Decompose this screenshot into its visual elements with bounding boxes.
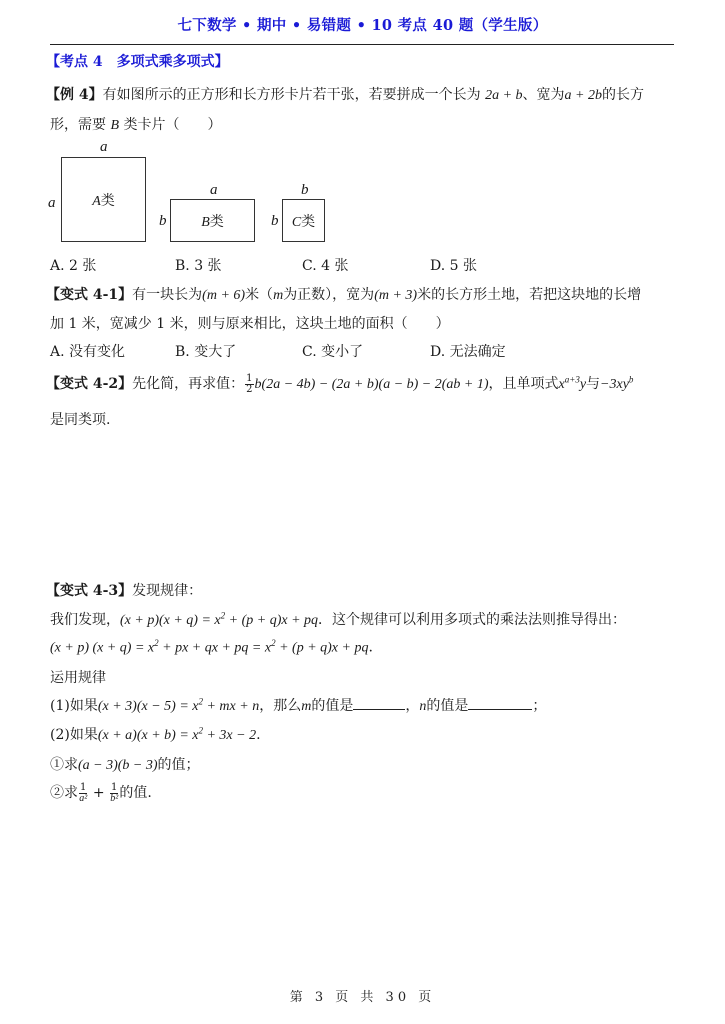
math-var: m bbox=[301, 699, 311, 714]
variant-text: 的值是 bbox=[426, 698, 468, 714]
fraction-denominator: 2 bbox=[245, 385, 253, 395]
variant4-1-options: A. 没有变化 B. 变大了 C. 变小了 D. 无法确定 bbox=[50, 341, 670, 361]
card-label: B bbox=[201, 215, 210, 230]
example4-line2: 形，需要 B 类卡片（ ） bbox=[50, 114, 221, 134]
card-label: A bbox=[92, 194, 101, 209]
variant4-1-tag: 【变式 4-1】 bbox=[46, 287, 132, 303]
math-var: m bbox=[273, 288, 283, 303]
variant-text: . bbox=[256, 727, 260, 743]
variant4-1-line2: 加 1 米，宽减少 1 米，则与原来相比，这块土地的面积（ ） bbox=[50, 313, 450, 333]
option-b[interactable]: B. 3 张 bbox=[175, 255, 222, 275]
option-text: 4 张 bbox=[321, 258, 348, 274]
math-expr: + 3x − 2 bbox=[203, 728, 256, 743]
option-c[interactable]: C. 变小了 bbox=[302, 341, 363, 361]
example4-text: 类卡片（ ） bbox=[119, 117, 221, 133]
math-expr: (m + 6) bbox=[202, 288, 245, 303]
option-b[interactable]: B. 变大了 bbox=[175, 341, 236, 361]
option-letter: A. bbox=[50, 344, 65, 360]
variant4-2-line1: 【变式 4-2】先化简，再求值：12b(2a − 4b) − (2a + b)(… bbox=[46, 373, 633, 395]
math-expr: (x + p) (x + q) = x bbox=[50, 641, 154, 656]
variant-text: 的值是 bbox=[311, 698, 353, 714]
variant4-3-para1: 我们发现，(x + p)(x + q) = x2 + (p + q)x + pq… bbox=[50, 609, 626, 629]
card-label: C bbox=[292, 215, 301, 230]
side-label: a bbox=[210, 182, 218, 199]
variant-text: 与 bbox=[586, 376, 600, 392]
option-letter: B. bbox=[175, 344, 190, 360]
side-label: a bbox=[100, 139, 108, 156]
fraction-denominator: a² bbox=[79, 794, 87, 804]
math-expr: (x + a)(x + b) = x bbox=[98, 728, 199, 743]
math-expr: b(2a − 4b) − (2a + b)(a − b) − 2(ab + 1) bbox=[255, 377, 489, 392]
option-text: 3 张 bbox=[194, 258, 221, 274]
option-text: 变大了 bbox=[194, 344, 236, 360]
page-number-footer: 第 3 页 共 30 页 bbox=[0, 986, 725, 1005]
variant-text: ，且单项式 bbox=[489, 376, 559, 392]
option-letter: A. bbox=[50, 258, 65, 274]
answer-blank-m[interactable] bbox=[353, 697, 405, 710]
math-exponent: b bbox=[629, 374, 634, 384]
variant-text: ； bbox=[532, 698, 546, 714]
option-text: 2 张 bbox=[69, 258, 96, 274]
fraction-1-over-b2: 1b² bbox=[110, 783, 118, 804]
variant-text: . bbox=[368, 640, 372, 656]
card-a: A类 bbox=[61, 157, 146, 242]
option-letter: C. bbox=[302, 258, 317, 274]
option-text: 无法确定 bbox=[450, 344, 506, 360]
variant-text: (1)如果 bbox=[50, 698, 98, 714]
section-heading: 【考点 4 多项式乘多项式】 bbox=[46, 51, 229, 71]
variant4-2-line2: 是同类项. bbox=[50, 409, 110, 429]
variant4-3-tag: 【变式 4-3】 bbox=[46, 583, 132, 599]
sub-question-2: ②求1a² + 1b²的值. bbox=[50, 782, 152, 804]
example4-options: A. 2 张 B. 3 张 C. 4 张 D. 5 张 bbox=[50, 255, 670, 275]
math-var: B bbox=[110, 118, 119, 133]
math-expr: + px + qx + pq = x bbox=[159, 641, 271, 656]
math-length: 2a + b bbox=[485, 88, 522, 103]
example4-text: 形，需要 bbox=[50, 117, 110, 133]
option-a[interactable]: A. 没有变化 bbox=[50, 341, 125, 361]
card-b: B类 bbox=[170, 199, 255, 242]
math-exponent: a+3 bbox=[565, 374, 580, 384]
variant4-1-line1: 【变式 4-1】有一块长为(m + 6)米（m为正数），宽为(m + 3)米的长… bbox=[46, 284, 641, 304]
fraction-numerator: 1 bbox=[79, 783, 87, 794]
variant-text: (2)如果 bbox=[50, 727, 98, 743]
apply-rule-label: 运用规律 bbox=[50, 667, 106, 687]
variant-text: 为正数），宽为 bbox=[283, 287, 374, 303]
math-width: a + 2b bbox=[565, 88, 602, 103]
card-label: 类 bbox=[301, 214, 315, 230]
math-expr: + (p + q)x + pq bbox=[225, 613, 318, 628]
option-d[interactable]: D. 无法确定 bbox=[430, 341, 506, 361]
example4-text: 、宽为 bbox=[523, 87, 565, 103]
side-label: b bbox=[301, 182, 309, 199]
math-expr: (x + 3)(x − 5) = x bbox=[98, 699, 199, 714]
fraction-one-half: 12 bbox=[245, 374, 253, 395]
card-c: C类 bbox=[282, 199, 325, 242]
fraction-numerator: 1 bbox=[110, 783, 118, 794]
example4-line1: 【例 4】有如图所示的正方形和长方形卡片若干张，若要拼成一个长为 2a + b、… bbox=[46, 84, 644, 104]
question-2: (2)如果(x + a)(x + b) = x2 + 3x − 2. bbox=[50, 724, 261, 744]
option-text: 5 张 bbox=[450, 258, 477, 274]
variant-text: ①求 bbox=[50, 757, 78, 773]
option-letter: D. bbox=[430, 344, 445, 360]
example4-text: 有如图所示的正方形和长方形卡片若干张，若要拼成一个长为 bbox=[103, 87, 485, 103]
variant4-3-para2: (x + p) (x + q) = x2 + px + qx + pq = x2… bbox=[50, 638, 373, 657]
variant-text: 有一块长为 bbox=[132, 287, 202, 303]
option-d[interactable]: D. 5 张 bbox=[430, 255, 477, 275]
header-divider bbox=[50, 44, 674, 45]
option-c[interactable]: C. 4 张 bbox=[302, 255, 348, 275]
option-a[interactable]: A. 2 张 bbox=[50, 255, 96, 275]
variant-text: ， bbox=[405, 698, 419, 714]
variant-text: 的值. bbox=[119, 785, 151, 801]
option-text: 没有变化 bbox=[69, 344, 125, 360]
card-label: 类 bbox=[101, 193, 115, 209]
option-text: 变小了 bbox=[321, 344, 363, 360]
fraction-numerator: 1 bbox=[245, 374, 253, 385]
example4-tag: 【例 4】 bbox=[46, 87, 103, 103]
variant-text: 我们发现， bbox=[50, 612, 120, 628]
variant-text: 米（ bbox=[245, 287, 273, 303]
variant-text: 的值； bbox=[158, 757, 200, 773]
side-label: b bbox=[159, 213, 167, 230]
card-label: 类 bbox=[210, 214, 224, 230]
variant-text: ，那么 bbox=[259, 698, 301, 714]
option-letter: C. bbox=[302, 344, 317, 360]
option-letter: D. bbox=[430, 258, 445, 274]
variant-text: ．这个规律可以利用多项式的乘法法则推导得出： bbox=[318, 612, 626, 628]
cards-figure: a a A类 a b B类 b b C类 bbox=[40, 135, 340, 250]
variant-text: 米的长方形土地，若把这块地的长增 bbox=[417, 287, 641, 303]
math-expr: (a − 3)(b − 3) bbox=[78, 758, 158, 773]
variant4-2-tag: 【变式 4-2】 bbox=[46, 376, 132, 392]
answer-blank-n[interactable] bbox=[468, 697, 532, 710]
document-header-title: 七下数学 • 期中 • 易错题 • 10 考点 40 题（学生版） bbox=[0, 14, 725, 35]
math-op: + bbox=[88, 785, 109, 801]
variant-text: 发现规律： bbox=[132, 583, 202, 599]
variant-text: 先化简，再求值： bbox=[132, 376, 244, 392]
math-expr: (x + p)(x + q) = x bbox=[120, 613, 221, 628]
fraction-denominator: b² bbox=[110, 794, 118, 804]
math-expr: (m + 3) bbox=[374, 288, 417, 303]
sub-question-1: ①求(a − 3)(b − 3)的值； bbox=[50, 754, 200, 774]
variant-text: ②求 bbox=[50, 785, 78, 801]
math-expr: + (p + q)x + pq bbox=[276, 641, 369, 656]
side-label: a bbox=[48, 195, 56, 212]
example4-text: 的长方 bbox=[602, 87, 644, 103]
side-label: b bbox=[271, 213, 279, 230]
math-expr: −3xy bbox=[600, 377, 629, 392]
math-expr: + mx + n bbox=[203, 699, 259, 714]
fraction-1-over-a2: 1a² bbox=[79, 783, 87, 804]
option-letter: B. bbox=[175, 258, 190, 274]
question-1: (1)如果(x + 3)(x − 5) = x2 + mx + n，那么m的值是… bbox=[50, 695, 546, 715]
variant4-3-line1: 【变式 4-3】发现规律： bbox=[46, 580, 202, 600]
